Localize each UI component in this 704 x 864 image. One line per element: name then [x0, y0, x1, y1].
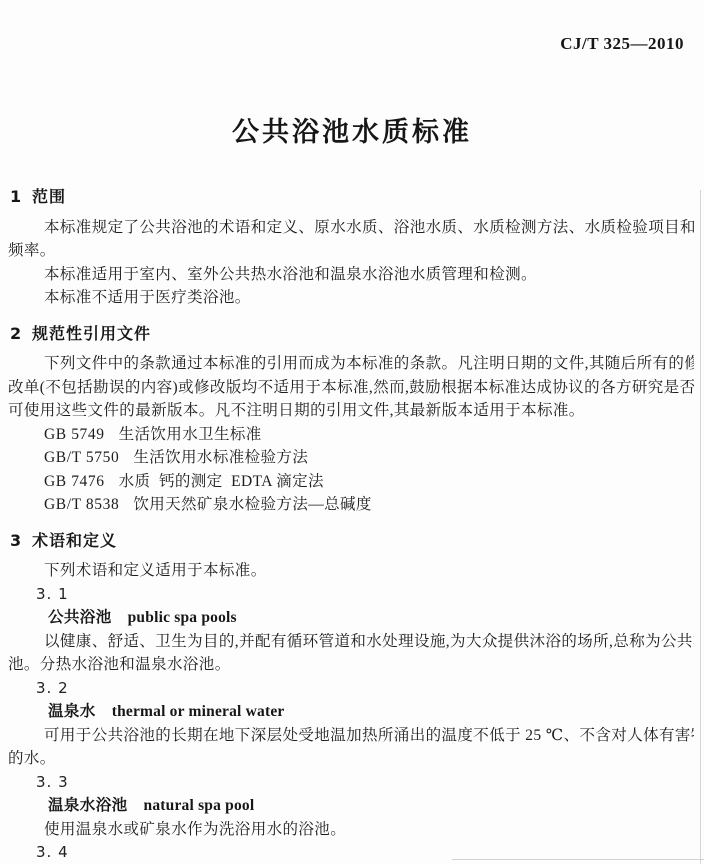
clause-number: 3. 4	[36, 841, 694, 864]
section-heading: 1范围	[10, 185, 694, 209]
reference-title: 饮用天然矿泉水检验方法—总碱度	[133, 496, 372, 513]
section-heading: 3术语和定义	[10, 529, 694, 553]
scan-edge-artifact-bottom	[452, 859, 704, 860]
reference-item: GB/T 8538饮用天然矿泉水检验方法—总碱度	[44, 493, 694, 517]
scan-edge-artifact-right	[700, 190, 701, 864]
reference-code: GB/T 5750	[44, 449, 119, 466]
term-name-en: public spa pools	[128, 609, 237, 626]
clause-number: 3. 1	[36, 583, 694, 607]
term-name-zh: 温泉水浴池	[48, 796, 128, 814]
paragraph-line: 的水。	[8, 747, 694, 771]
document-title: 公共浴池水质标准	[0, 110, 704, 149]
section-title: 规范性引用文件	[32, 324, 151, 343]
reference-code: GB 7476	[44, 473, 105, 490]
reference-item: GB 7476水质 钙的测定 EDTA 滴定法	[44, 470, 694, 494]
section-title: 范围	[32, 187, 66, 206]
paragraph-line: 频率。	[8, 239, 694, 263]
paragraph-line: 下列文件中的条款通过本标准的引用而成为本标准的条款。凡注明日期的文件,其随后所有…	[8, 352, 694, 376]
section-number: 2	[10, 322, 32, 346]
term-name-en: thermal or mineral water	[112, 703, 285, 720]
section-title: 术语和定义	[32, 531, 117, 550]
paragraph-line: 本标准适用于室内、室外公共热水浴池和温泉水浴池水质管理和检测。	[8, 263, 694, 287]
term-heading: 温泉水浴池natural spa pool	[48, 794, 694, 818]
reference-title: 生活饮用水标准检验方法	[133, 449, 308, 466]
reference-title: 生活饮用水卫生标准	[119, 426, 262, 443]
paragraph-line: 下列术语和定义适用于本标准。	[8, 559, 694, 583]
term-heading: 温泉水thermal or mineral water	[48, 700, 694, 724]
paragraph-line: 使用温泉水或矿泉水作为洗浴用水的浴池。	[8, 818, 694, 842]
section-heading: 2规范性引用文件	[10, 322, 694, 346]
paragraph-line: 改单(不包括勘误的内容)或修改版均不适用于本标准,然而,鼓励根据本标准达成协议的…	[8, 376, 694, 400]
reference-code: GB 5749	[44, 426, 105, 443]
reference-title: 水质 钙的测定 EDTA 滴定法	[119, 473, 324, 490]
section-number: 1	[10, 185, 32, 209]
paragraph-line: 可使用这些文件的最新版本。凡不注明日期的引用文件,其最新版本适用于本标准。	[8, 399, 694, 423]
paragraph-line: 本标准规定了公共浴池的术语和定义、原水水质、浴池水质、水质检测方法、水质检验项目…	[8, 216, 694, 240]
term-name-zh: 公共浴池	[48, 608, 112, 626]
reference-item: GB/T 5750生活饮用水标准检验方法	[44, 446, 694, 470]
term-heading: 公共浴池public spa pools	[48, 606, 694, 630]
reference-item: GB 5749生活饮用水卫生标准	[44, 423, 694, 447]
paragraph-line: 本标准不适用于医疗类浴池。	[8, 286, 694, 310]
standard-number: CJ/T 325—2010	[560, 34, 684, 54]
paragraph-line: 池。分热水浴池和温泉水浴池。	[8, 653, 694, 677]
reference-code: GB/T 8538	[44, 496, 119, 513]
clause-number: 3. 3	[36, 771, 694, 795]
term-name-zh: 温泉水	[48, 702, 96, 720]
paragraph-line: 可用于公共浴池的长期在地下深层处受地温加热所涌出的温度不低于 25 ℃、不含对人…	[8, 724, 694, 748]
document-body: 1范围本标准规定了公共浴池的术语和定义、原水水质、浴池水质、水质检测方法、水质检…	[8, 185, 694, 864]
paragraph-line: 以健康、舒适、卫生为目的,并配有循环管道和水处理设施,为大众提供沐浴的场所,总称…	[8, 630, 694, 654]
document-page: CJ/T 325—2010 公共浴池水质标准 1范围本标准规定了公共浴池的术语和…	[0, 0, 704, 864]
term-name-en: natural spa pool	[144, 797, 255, 814]
section-number: 3	[10, 529, 32, 553]
clause-number: 3. 2	[36, 677, 694, 701]
